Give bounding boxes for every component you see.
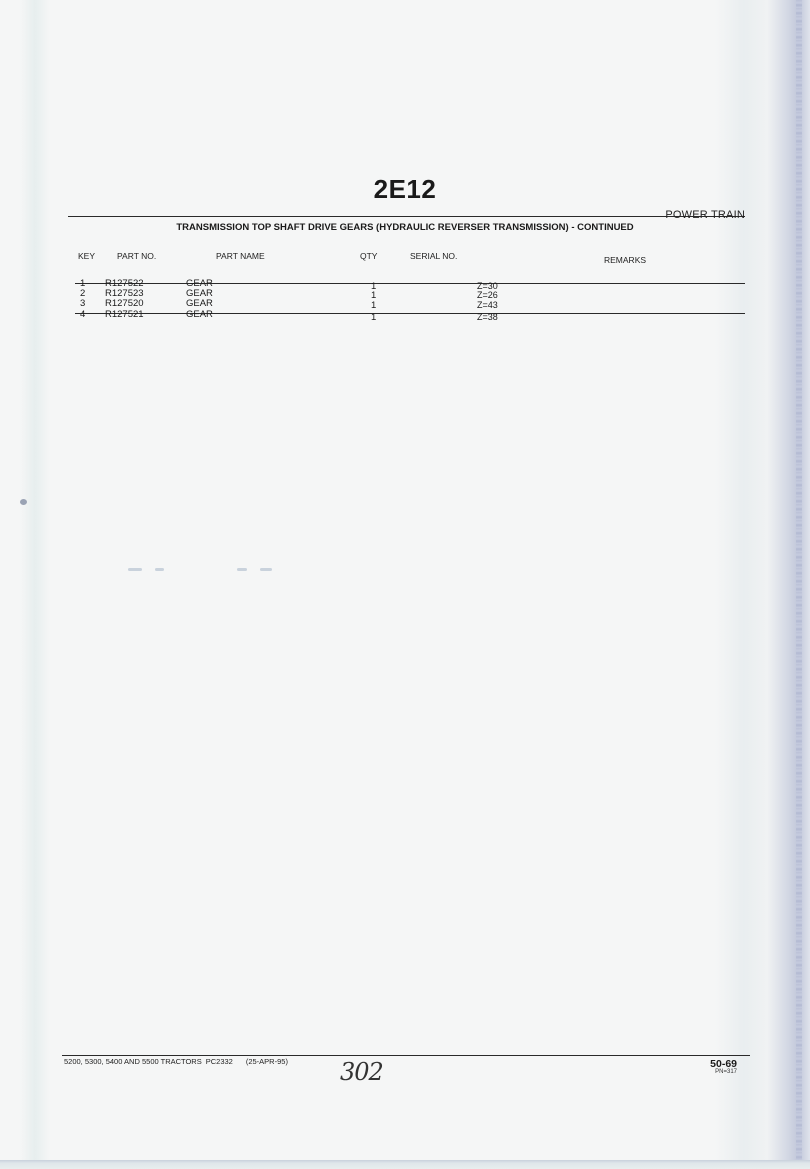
scan-speck xyxy=(20,499,27,505)
col-head-qty: QTY xyxy=(360,251,377,261)
row-key: 4 xyxy=(80,309,85,320)
scan-smudge xyxy=(128,568,142,571)
row-part-name: GEAR xyxy=(186,309,213,320)
footer-info: 5200, 5300, 5400 AND 5500 TRACTORSPC2332… xyxy=(64,1057,288,1066)
footer-models: 5200, 5300, 5400 AND 5500 TRACTORS xyxy=(64,1057,202,1066)
pn-number: PN=317 xyxy=(715,1069,737,1075)
section-code: 2E12 xyxy=(0,174,810,205)
table-row: 3 R127520 GEAR 1 Z=43 xyxy=(0,298,810,308)
row-part-no: R127521 xyxy=(105,309,144,320)
row-part-name: GEAR xyxy=(186,298,213,309)
table-row: 4 R127521 GEAR 1 Z=38 xyxy=(0,309,810,319)
col-head-part-no: PART NO. xyxy=(117,251,156,261)
scan-smudge xyxy=(155,568,164,571)
handwritten-note: 302 xyxy=(340,1058,383,1086)
scan-artifact-bottom xyxy=(0,1160,810,1169)
footer-date: (25-APR-95) xyxy=(246,1057,288,1066)
table-row: 1 R127522 GEAR 1 Z=30 xyxy=(0,278,810,288)
scan-smudge xyxy=(237,568,247,571)
col-head-serial-no: SERIAL NO. xyxy=(410,251,457,261)
footer-catalog: PC2332 xyxy=(206,1057,233,1066)
row-key: 3 xyxy=(80,298,85,309)
scan-smudge xyxy=(260,568,272,571)
footer-rule xyxy=(62,1055,750,1056)
row-part-no: R127520 xyxy=(105,298,144,309)
table-title: TRANSMISSION TOP SHAFT DRIVE GEARS (HYDR… xyxy=(0,222,810,233)
row-serial-no: Z=38 xyxy=(477,312,498,322)
col-head-part-name: PART NAME xyxy=(216,251,265,261)
header-rule xyxy=(68,216,745,217)
row-qty: 1 xyxy=(371,312,376,323)
col-head-remarks: REMARKS xyxy=(604,255,646,265)
table-row: 2 R127523 GEAR 1 Z=26 xyxy=(0,288,810,298)
group-label: POWER TRAIN xyxy=(665,209,745,221)
col-head-key: KEY xyxy=(78,251,95,261)
